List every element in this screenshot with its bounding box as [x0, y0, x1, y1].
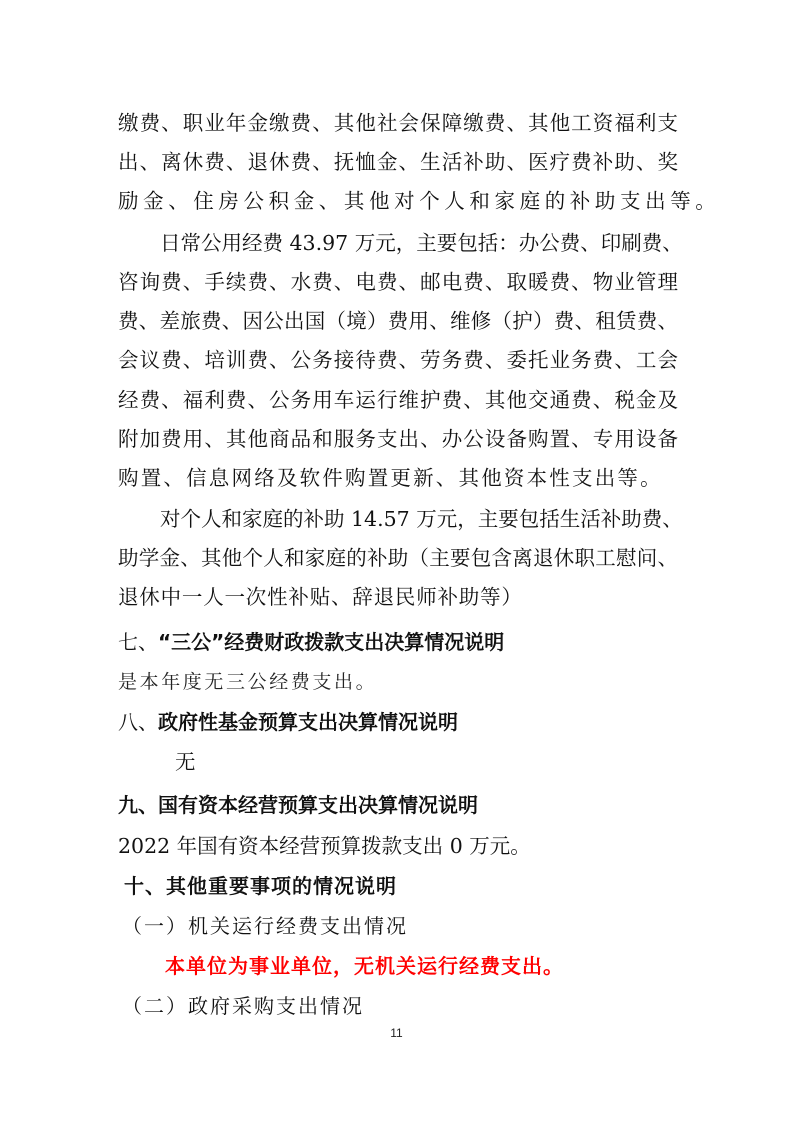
section-9-body: 2022 年国有资本经营预算拨款支出 0 万元。	[118, 834, 531, 858]
body-line: 出、离休费、退休费、抚恤金、生活补助、医疗费补助、奖	[118, 150, 678, 174]
body-line: 缴费、职业年金缴费、其他社会保障缴费、其他工资福利支	[118, 111, 678, 135]
public-funds-line: 经费、福利费、公务用车运行维护费、其他交通费、税金及	[118, 388, 678, 412]
section-10-heading: 十、其他重要事项的情况说明	[124, 874, 397, 898]
section-7-body: 是本年度无三公经费支出。	[118, 670, 377, 694]
section-number: 八、	[118, 710, 158, 734]
subsidy-line: 退休中一人一次性补贴、辞退民师补助等）	[118, 585, 523, 609]
subsidy-line: 助学金、其他个人和家庭的补助（主要包含离退休职工慰问、	[118, 546, 678, 570]
section-title: “三公”经费财政拨款支出决算情况说明	[158, 630, 504, 654]
subsidy-line: 对个人和家庭的补助 14.57 万元，主要包括生活补助费、	[160, 507, 678, 531]
section-number: 七、	[118, 630, 158, 654]
section-8-body: 无	[175, 750, 196, 774]
public-funds-line: 费、差旅费、因公出国（境）费用、维修（护）费、租赁费、	[118, 309, 678, 333]
section-9-heading: 九、国有资本经营预算支出决算情况说明	[118, 793, 478, 817]
public-funds-line: 购置、信息网络及软件购置更新、其他资本性支出等。	[118, 466, 663, 490]
subsection-2-heading: （二）政府采购支出情况	[122, 994, 364, 1018]
public-funds-line: 附加费用、其他商品和服务支出、办公设备购置、专用设备	[118, 427, 678, 451]
page-number: 11	[0, 1026, 793, 1040]
section-title: 政府性基金预算支出决算情况说明	[158, 710, 458, 734]
section-8-heading: 八、政府性基金预算支出决算情况说明	[118, 710, 458, 734]
body-line: 励金、住房公积金、其他对个人和家庭的补助支出等。	[118, 189, 720, 213]
subsection-1-heading: （一）机关运行经费支出情况	[122, 914, 408, 938]
public-funds-line: 咨询费、手续费、水费、电费、邮电费、取暖费、物业管理	[118, 270, 678, 294]
public-funds-line: 日常公用经费 43.97 万元，主要包括：办公费、印刷费、	[160, 231, 678, 255]
section-7-heading: 七、“三公”经费财政拨款支出决算情况说明	[118, 630, 504, 654]
public-funds-line: 会议费、培训费、公务接待费、劳务费、委托业务费、工会	[118, 348, 678, 372]
subsection-1-note: 本单位为事业单位，无机关运行经费支出。	[165, 954, 564, 978]
